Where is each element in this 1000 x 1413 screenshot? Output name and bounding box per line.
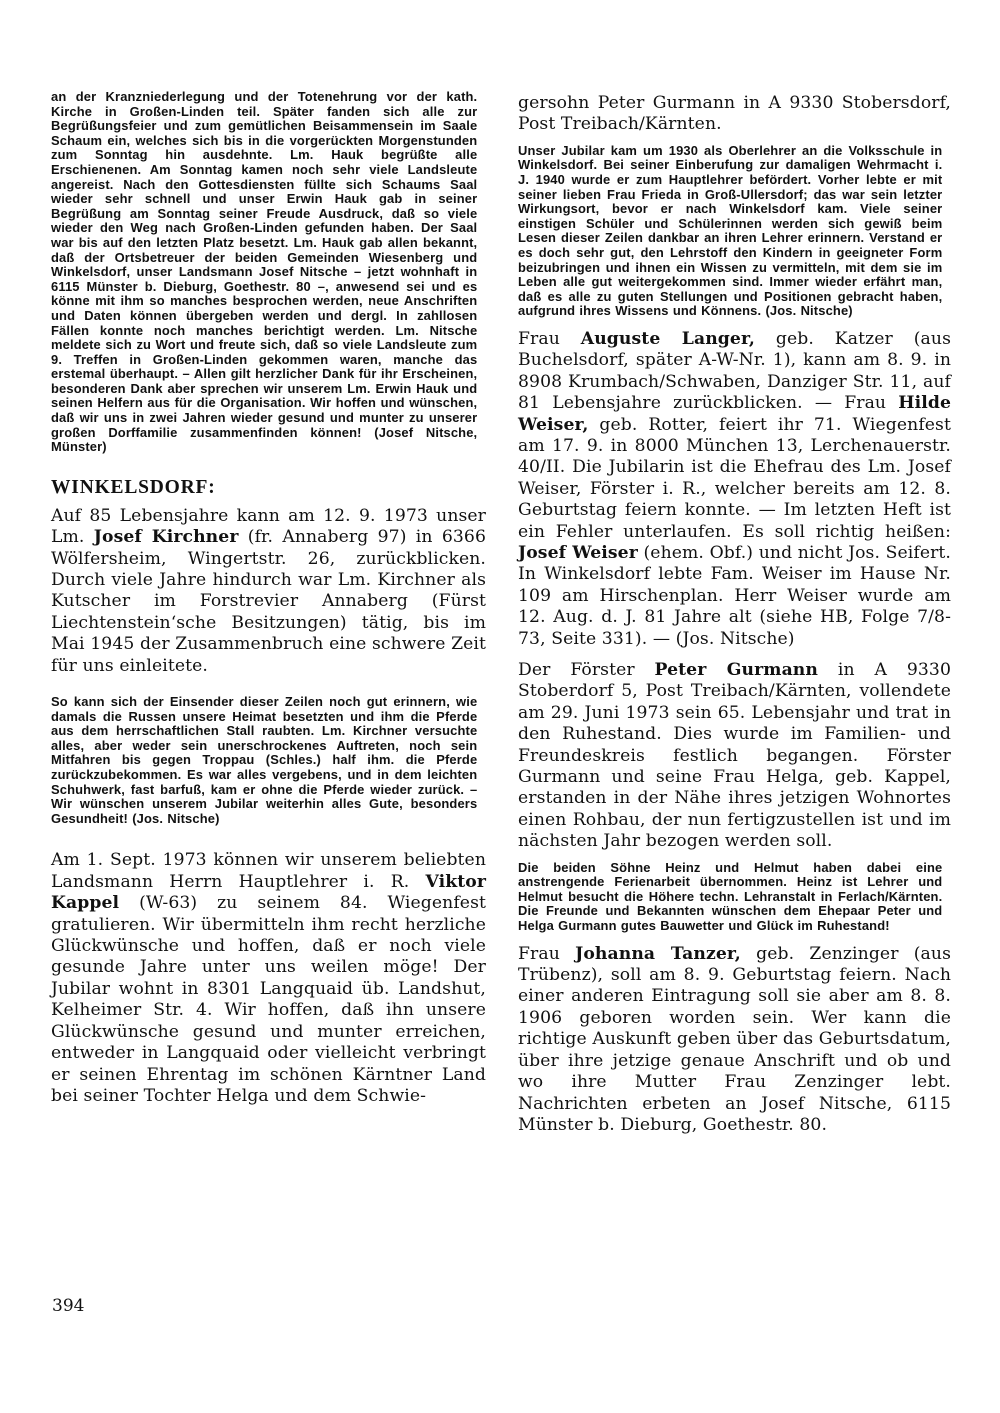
text: (W-63) zu seinem 84. Wiegenfest gratulie… bbox=[51, 893, 486, 1106]
person-name: Auguste Langer, bbox=[581, 329, 755, 349]
right-column: gersohn Peter Gurmann in A 9330 Stobersd… bbox=[518, 93, 951, 1136]
kappel-teacher-paragraph: Unser Jubilar kam um 1930 als Oberlehrer… bbox=[518, 144, 942, 319]
text: geb. Zenzinger (aus Trübenz), soll am 8.… bbox=[518, 944, 951, 1135]
person-name: Peter Gurmann bbox=[655, 660, 818, 680]
gurmann-sons-paragraph: Die beiden Söhne Heinz und Helmut haben … bbox=[518, 861, 942, 934]
langer-weiser-paragraph: Frau Auguste Langer, geb. Katzer (aus Bu… bbox=[518, 329, 951, 650]
text: Am 1. Sept. 1973 können wir unserem beli… bbox=[51, 850, 486, 891]
section-heading-winkelsdorf: WINKELSDORF: bbox=[51, 477, 486, 499]
text: Frau bbox=[518, 329, 581, 349]
person-name: Josef Weiser bbox=[518, 543, 638, 563]
kappel-continued-paragraph: gersohn Peter Gurmann in A 9330 Stobersd… bbox=[518, 93, 951, 136]
text: in A 9330 Stoberdorf 5, Post Treibach/Kä… bbox=[518, 660, 951, 851]
person-name: Josef Kirchner bbox=[94, 527, 239, 547]
kappel-birthday-paragraph: Am 1. Sept. 1973 können wir unserem beli… bbox=[51, 850, 486, 1107]
page-number: 394 bbox=[52, 1296, 84, 1316]
text: Frau bbox=[518, 944, 575, 964]
kirchner-birthday-paragraph: Auf 85 Lebensjahre kann am 12. 9. 1973 u… bbox=[51, 506, 486, 677]
person-name: Johanna Tanzer, bbox=[575, 944, 741, 964]
kirchner-memory-paragraph: So kann sich der Einsender dieser Zeilen… bbox=[51, 695, 477, 826]
meeting-report-paragraph: an der Kranzniederlegung und der Toteneh… bbox=[51, 90, 477, 455]
text: Der Förster bbox=[518, 660, 655, 680]
left-column: an der Kranzniederlegung und der Toteneh… bbox=[51, 90, 486, 1107]
gurmann-retirement-paragraph: Der Förster Peter Gurmann in A 9330 Stob… bbox=[518, 660, 951, 853]
tanzer-inquiry-paragraph: Frau Johanna Tanzer, geb. Zenzinger (aus… bbox=[518, 944, 951, 1137]
text: (fr. Annaberg 97) in 6366 Wölfersheim, W… bbox=[51, 527, 486, 675]
